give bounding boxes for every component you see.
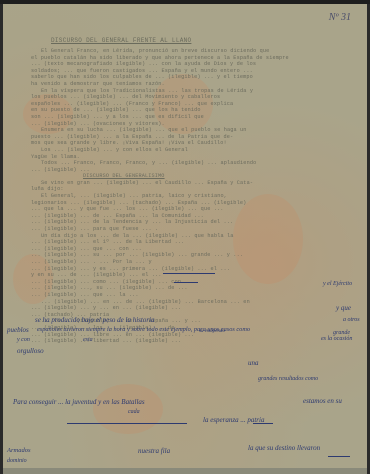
typed-line: En la víspera que los Tradicionalistas .… [31, 88, 356, 95]
typed-line: ... (ilegible) ..., su ... (ilegible) ..… [31, 285, 356, 292]
typed-line: puesto ... (ilegible) ... a la España ..… [31, 134, 356, 141]
handwritten-note: es la ocasión [321, 336, 352, 342]
handwritten-note: nuestra fila [138, 447, 170, 455]
typed-line: ... (ilegible) ... en ... de ... (ilegib… [31, 299, 356, 306]
typed-line: ... (ilegible) ... que ... con ... [31, 246, 356, 253]
typed-line: Enumera en su lucha ... (ilegible) ... q… [31, 127, 356, 134]
typed-line: mos que sea grande y libre. ¡Viva España… [31, 140, 356, 147]
handwritten-note: su estupendo [199, 329, 225, 334]
typed-line: legionarios ... (ilegible) ... (tachado)… [31, 200, 356, 207]
typed-line: ... (ilegible) ... . ... Por la ... y [31, 259, 356, 266]
typed-line: Un día dijo a los ... de la ... (ilegibl… [31, 233, 356, 240]
page-edge [3, 468, 367, 474]
typed-line: ... (ilegible) ... de la Tendencia y ...… [31, 219, 356, 226]
typed-line: Los ... (ilegible) ... y con ellos el Ge… [31, 147, 356, 154]
typed-line: españoles ... (ilegible) ... (Franco y F… [31, 101, 356, 108]
typed-line: luña dijo: [31, 186, 356, 193]
handwritten-note: se ha producido bajo el peso de la histo… [35, 316, 155, 324]
typed-line: Se vino en gran ... (ilegible) ... el Ca… [31, 180, 356, 187]
typed-line: ... (ilegible) ... que ... la ... [31, 292, 356, 299]
typed-line: ... (ilegible) ... y es ... primera ... … [31, 266, 356, 273]
typed-line: ... (ilegible) ... libertad ... (ilegibl… [31, 338, 356, 345]
typed-line: Todos ... Franco, Franco, Franco, y ... … [31, 160, 356, 167]
handwritten-note: cada [128, 409, 140, 415]
strikethrough [253, 423, 273, 424]
folio-number: Nº 31 [329, 12, 351, 23]
typed-line: ... (ilegible) ... para que fuese ... . [31, 226, 356, 233]
typed-line: ... (ilegible) ... (ovaciones y vítores)… [31, 121, 356, 128]
handwritten-note: estamos en su [303, 397, 342, 405]
typed-line: en su puesto de ... (ilegible) ... que l… [31, 107, 356, 114]
handwritten-note: y que [336, 304, 351, 312]
strikethrough [163, 273, 215, 274]
handwritten-note: y con [17, 337, 30, 343]
typed-line: los pueblos ... (ilegible) ... del Movim… [31, 94, 356, 101]
handwritten-note: a otros [343, 317, 360, 323]
document-page: Nº 31 DISCURSO DEL GENERAL FRENTE AL LLA… [3, 4, 367, 474]
typed-line: ... (ilegible) ... de ... España ... la … [31, 213, 356, 220]
strikethrough [328, 456, 350, 457]
typed-line: El General, ... (ilegible) ... patria, l… [31, 193, 356, 200]
handwritten-note: y el Ejército [323, 281, 352, 287]
handwritten-note: la que su destino llevaron [248, 444, 320, 452]
typed-line: son ... (ilegible) ... y a los ... que e… [31, 114, 356, 121]
typed-line: ... (ilegible) ... y ... en ... (ilegibl… [31, 305, 356, 312]
typed-body: El General Franco, en Lérida, pronunció … [31, 48, 356, 345]
typed-line: Yagüe le llama. [31, 154, 356, 161]
strikethrough [67, 423, 187, 424]
handwritten-note: Armados [7, 447, 30, 454]
handwritten-note: grandes resultados como [258, 376, 318, 382]
typed-line: ... (ilegible) ... el 1º ... de la Liber… [31, 239, 356, 246]
handwritten-note: orgulloso [17, 347, 44, 355]
handwritten-note: una [248, 359, 259, 367]
typed-line: el pueblo catalán ha sido liberado y que… [31, 55, 356, 62]
typed-line: soldados; ... que fueron castigados ... … [31, 68, 356, 75]
handwritten-note: pueblos [7, 326, 29, 334]
typed-line: El General Franco, en Lérida, pronunció … [31, 48, 356, 55]
document-title: DISCURSO DEL GENERAL FRENTE AL LLANO [51, 37, 191, 44]
strikethrough [174, 282, 198, 283]
handwritten-note: Para conseguir ... la juventud y en las … [13, 398, 145, 406]
typed-line: saberlo que han sido los culpables de ..… [31, 74, 356, 81]
typed-line: ... que la ... y que fue ... los ... (il… [31, 206, 356, 213]
scan-border [0, 0, 370, 4]
handwritten-note: dominio [7, 458, 27, 464]
typed-line: ha venido a demostrar que teníamos razón… [31, 81, 356, 88]
handwritten-note: grande [333, 330, 350, 336]
handwritten-note: esta [83, 337, 93, 343]
typed-line: ... (ilegible) ... [31, 167, 356, 174]
typed-line: ... (texto mecanografiado ilegible) ... … [31, 61, 356, 68]
typed-line: ... (ilegible) ... su ... por ... (ilegi… [31, 252, 356, 259]
section-heading: DISCURSO DEL GENERALÍSIMO [31, 173, 356, 180]
